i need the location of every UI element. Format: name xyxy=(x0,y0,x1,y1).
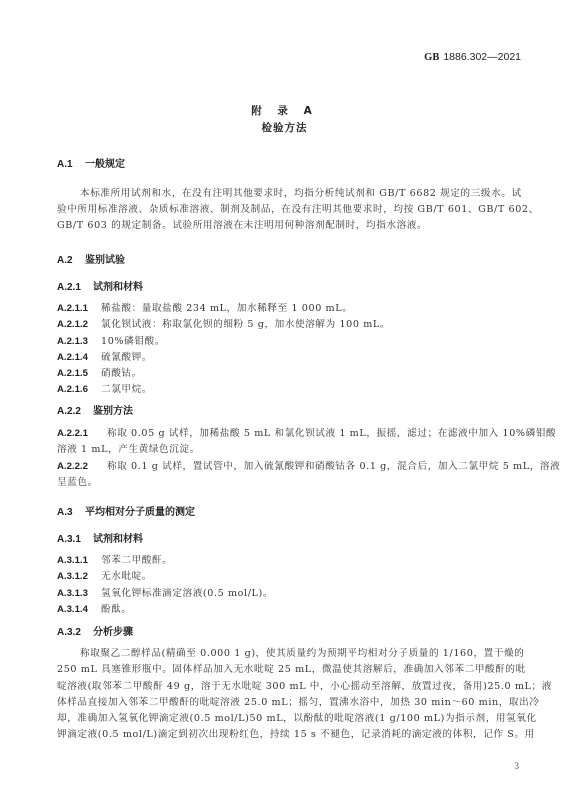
paragraph-line: 啶溶液(取邻苯二甲酸酐 49 g，溶于无水吡啶 300 mL 中，小心摇动至溶解… xyxy=(57,678,552,692)
method-item: A.2.2.2称取 0.1 g 试样，置试管中，加入硫氰酸钾和硝酸钴各 0.1 … xyxy=(57,458,560,472)
item-continuation: 呈蓝色。 xyxy=(57,474,98,488)
item-number: A.3.1.1 xyxy=(57,555,101,566)
paragraph-line: 体样品直接加入邻苯二甲酸酐的吡啶溶液 25.0 mL；摇匀，置沸水浴中，加热 3… xyxy=(57,694,540,708)
section-number: A.3.2 xyxy=(57,627,93,638)
subsection-heading-a31: A.3.1试剂和材料 xyxy=(57,530,143,545)
subsection-heading-a32: A.3.2分析步骤 xyxy=(57,623,133,638)
item-text: 酚酞。 xyxy=(101,604,132,615)
reagent-item: A.2.1.1稀盐酸：量取盐酸 234 mL，加水稀释至 1 000 mL。 xyxy=(57,300,352,314)
item-text: 10%磷钼酸。 xyxy=(101,336,165,347)
reagent-item: A.2.1.310%磷钼酸。 xyxy=(57,333,165,347)
item-text: 无水吡啶。 xyxy=(101,571,152,582)
reagent-item: A.3.1.3氢氧化钾标准滴定溶液(0.5 mol/L)。 xyxy=(57,585,273,599)
item-number: A.3.1.3 xyxy=(57,588,101,599)
item-text: 邻苯二甲酸酐。 xyxy=(101,555,172,566)
reagent-item: A.3.1.1邻苯二甲酸酐。 xyxy=(57,552,172,566)
section-heading-a3: A.3平均相对分子质量的测定 xyxy=(57,503,195,518)
item-text: 氢氧化钾标准滴定溶液(0.5 mol/L)。 xyxy=(101,588,273,599)
document-code-header: GB1886.302—2021 xyxy=(424,51,521,63)
reagent-item: A.3.1.2无水吡啶。 xyxy=(57,568,152,582)
reagent-item: A.2.1.4硫氰酸钾。 xyxy=(57,349,152,363)
section-heading-a1: A.1一般规定 xyxy=(57,155,125,170)
item-continuation: 溶液 1 mL，产生黄绿色沉淀。 xyxy=(57,441,200,455)
section-title: 平均相对分子质量的测定 xyxy=(85,507,195,518)
section-number: A.2 xyxy=(57,255,85,266)
item-number: A.2.1.4 xyxy=(57,352,101,363)
item-text: 氯化钡试液：称取氯化钡的细粉 5 g，加水使溶解为 100 mL。 xyxy=(101,319,390,330)
method-item: A.2.2.1称取 0.05 g 试样，加稀盐酸 5 mL 和氯化钡试液 1 m… xyxy=(57,425,556,439)
item-number: A.3.1.4 xyxy=(57,604,101,615)
section-number: A.2.1 xyxy=(57,282,93,293)
section-number: A.3.1 xyxy=(57,534,93,545)
paragraph-line: 250 mL 具塞锥形瓶中。固体样品加入无水吡啶 25 mL，微温使其溶解后，准… xyxy=(57,661,526,675)
section-number: A.2.2 xyxy=(57,406,93,417)
reagent-item: A.2.1.5硝酸钴。 xyxy=(57,365,142,379)
item-text: 称取 0.05 g 试样，加稀盐酸 5 mL 和氯化钡试液 1 mL，振摇，滤过… xyxy=(107,428,556,439)
page-number: 3 xyxy=(515,761,520,771)
item-text: 硫氰酸钾。 xyxy=(101,352,152,363)
section-heading-a2: A.2鉴别试验 xyxy=(57,251,125,266)
standard-prefix: GB xyxy=(424,52,439,63)
item-number: A.2.1.2 xyxy=(57,319,101,330)
section-title: 试剂和材料 xyxy=(93,282,143,293)
item-number: A.2.1.5 xyxy=(57,368,101,379)
section-title: 鉴别试验 xyxy=(85,255,125,266)
section-title: 鉴别方法 xyxy=(93,406,133,417)
reagent-item: A.2.1.6二氯甲烷。 xyxy=(57,381,152,395)
item-text: 称取 0.1 g 试样，置试管中，加入硫氰酸钾和硝酸钴各 0.1 g，混合后，加… xyxy=(107,461,560,472)
item-number: A.2.1.1 xyxy=(57,303,101,314)
annex-title: 检验方法 xyxy=(0,120,569,135)
paragraph-line: 验中所用标准溶液、杂质标准溶液、制剂及制品，在没有注明其他要求时，均按 GB/T… xyxy=(57,201,539,215)
paragraph-line: 本标准所用试剂和水，在没有注明其他要求时，均指分析纯试剂和 GB/T 6682 … xyxy=(80,185,522,199)
subsection-heading-a22: A.2.2鉴别方法 xyxy=(57,402,133,417)
standard-number: 1886.302—2021 xyxy=(443,51,521,63)
reagent-item: A.3.1.4酚酞。 xyxy=(57,601,132,615)
section-title: 试剂和材料 xyxy=(93,534,143,545)
item-text: 二氯甲烷。 xyxy=(101,384,152,395)
section-title: 分析步骤 xyxy=(93,627,133,638)
reagent-item: A.2.1.2氯化钡试液：称取氯化钡的细粉 5 g，加水使溶解为 100 mL。 xyxy=(57,316,390,330)
paragraph-line: 钾滴定液(0.5 mol/L)滴定到初次出现粉红色，持续 15 s 不褪色，记录… xyxy=(57,726,535,740)
section-number: A.3 xyxy=(57,507,85,518)
section-number: A.1 xyxy=(57,159,85,170)
item-text: 硝酸钴。 xyxy=(101,368,142,379)
paragraph-line: 称取聚乙二醇样品(精确至 0.000 1 g)，使其质量约为预期平均相对分子质量… xyxy=(80,645,524,659)
item-number: A.3.1.2 xyxy=(57,571,101,582)
paragraph-line: GB/T 603 的规定制备。试验所用溶液在未注明用何种溶剂配制时，均指水溶液。 xyxy=(57,217,427,231)
item-number: A.2.2.1 xyxy=(57,428,107,439)
item-number: A.2.1.6 xyxy=(57,384,101,395)
item-number: A.2.2.2 xyxy=(57,461,107,472)
annex-label: 附 录 A xyxy=(0,103,569,118)
item-text: 稀盐酸：量取盐酸 234 mL，加水稀释至 1 000 mL。 xyxy=(101,303,352,314)
section-title: 一般规定 xyxy=(85,159,125,170)
item-number: A.2.1.3 xyxy=(57,336,101,347)
paragraph-line: 却，准确加入氢氧化钾滴定液(0.5 mol/L)50 mL，以酚酞的吡啶溶液(1… xyxy=(57,710,537,724)
subsection-heading-a21: A.2.1试剂和材料 xyxy=(57,278,143,293)
